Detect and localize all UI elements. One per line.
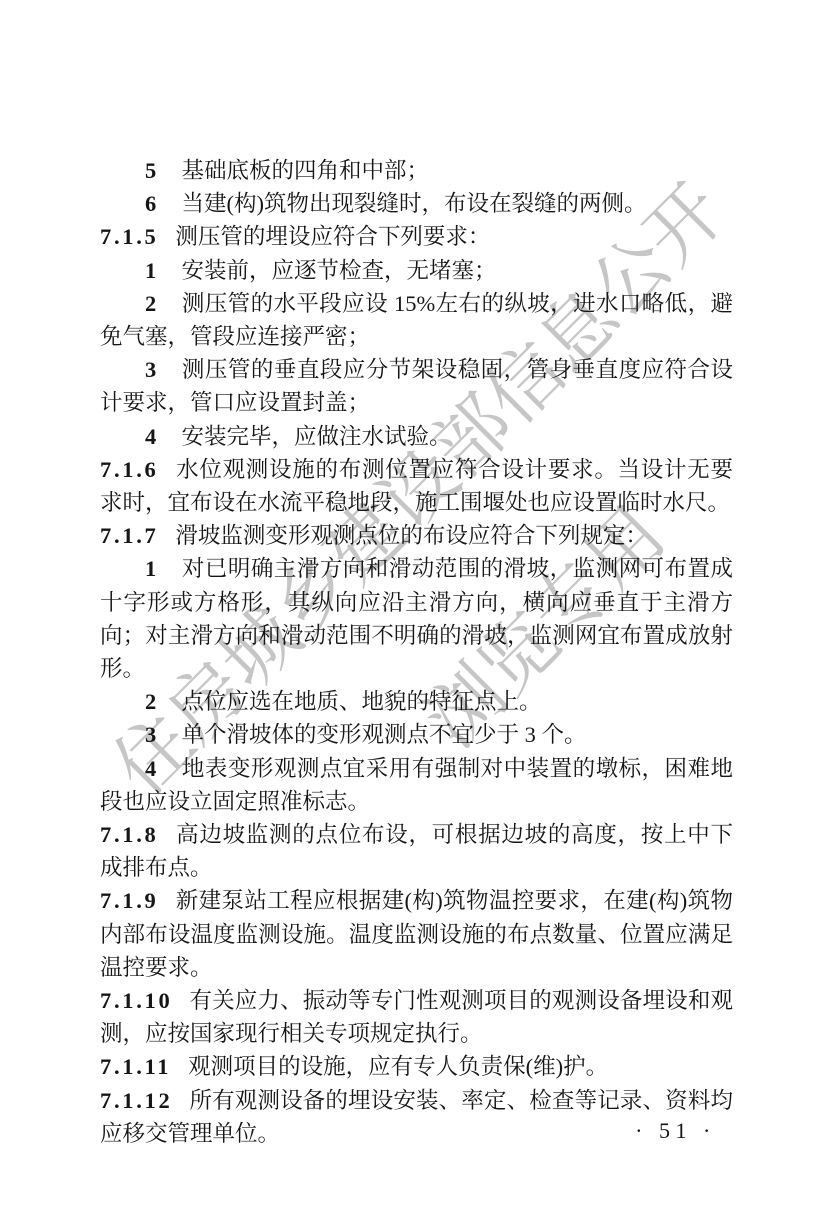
item-text: 单个滑坡体的变形观测点不宜少于 3 个。 [181, 722, 586, 747]
clause-text: 高边坡监测的点位布设，可根据边坡的高度，按上中下成排布点。 [100, 822, 733, 880]
clause-number: 7.1.12 [100, 1088, 172, 1113]
list-item-paragraph: 4地表变形观测点宜采用有强制对中装置的墩标，困难地段也应设立固定照准标志。 [100, 752, 733, 818]
item-text: 测压管的水平段应设 15%左右的纵坡，进水口略低，避免气塞，管段应连接严密； [100, 291, 733, 349]
item-number: 2 [145, 689, 159, 714]
document-body: 5基础底板的四角和中部；6当建(构)筑物出现裂缝时，布设在裂缝的两侧。7.1.5… [100, 154, 733, 1150]
clause-number: 7.1.9 [100, 888, 159, 913]
clause-text: 有关应力、振动等专门性观测项目的观测设备埋设和观测，应按国家现行相关专项规定执行… [100, 988, 733, 1046]
clause-paragraph: 7.1.10有关应力、振动等专门性观测项目的观测设备埋设和观测，应按国家现行相关… [100, 984, 733, 1050]
item-number: 1 [145, 258, 159, 283]
list-item-paragraph: 1安装前，应逐节检查，无堵塞； [100, 254, 733, 287]
item-text: 对已明确主滑方向和滑动范围的滑坡，监测网可布置成十字形或方格形，其纵向应沿主滑方… [100, 556, 733, 681]
clause-paragraph: 7.1.8高边坡监测的点位布设，可根据边坡的高度，按上中下成排布点。 [100, 818, 733, 884]
clause-paragraph: 7.1.7滑坡监测变形观测点位的布设应符合下列规定： [100, 519, 733, 552]
item-text: 测压管的垂直段应分节架设稳固，管身垂直度应符合设计要求，管口应设置封盖； [100, 357, 733, 415]
item-text: 点位应选在地质、地貌的特征点上。 [181, 689, 541, 714]
list-item-paragraph: 3测压管的垂直段应分节架设稳固，管身垂直度应符合设计要求，管口应设置封盖； [100, 353, 733, 419]
list-item-paragraph: 2测压管的水平段应设 15%左右的纵坡，进水口略低，避免气塞，管段应连接严密； [100, 287, 733, 353]
item-number: 6 [145, 191, 159, 216]
item-number: 1 [145, 556, 159, 581]
item-text: 地表变形观测点宜采用有强制对中装置的墩标，困难地段也应设立固定照准标志。 [100, 756, 733, 814]
clause-number: 7.1.5 [100, 224, 159, 249]
list-item-paragraph: 4安装完毕，应做注水试验。 [100, 420, 733, 453]
clause-paragraph: 7.1.11观测项目的设施，应有专人负责保(维)护。 [100, 1050, 733, 1083]
item-number: 5 [145, 158, 159, 183]
clause-number: 7.1.11 [100, 1054, 171, 1079]
clause-text: 观测项目的设施，应有专人负责保(维)护。 [188, 1054, 608, 1079]
item-text: 安装完毕，应做注水试验。 [181, 424, 451, 449]
item-text: 安装前，应逐节检查，无堵塞； [181, 258, 496, 283]
clause-number: 7.1.6 [100, 457, 159, 482]
item-number: 2 [145, 291, 159, 316]
list-item-paragraph: 2点位应选在地质、地貌的特征点上。 [100, 685, 733, 718]
list-item-paragraph: 3单个滑坡体的变形观测点不宜少于 3 个。 [100, 718, 733, 751]
item-number: 4 [145, 756, 159, 781]
page-number: · 51 · [618, 1118, 733, 1144]
list-item-paragraph: 6当建(构)筑物出现裂缝时，布设在裂缝的两侧。 [100, 187, 733, 220]
list-item-paragraph: 1对已明确主滑方向和滑动范围的滑坡，监测网可布置成十字形或方格形，其纵向应沿主滑… [100, 552, 733, 685]
clause-paragraph: 7.1.6水位观测设施的布测位置应符合设计要求。当设计无要求时，宜布设在水流平稳… [100, 453, 733, 519]
standard-document-page: 住房城乡建设部信息公开 浏览专用 5基础底板的四角和中部；6当建(构)筑物出现裂… [0, 0, 824, 1216]
clause-number: 7.1.7 [100, 523, 159, 548]
item-text: 基础底板的四角和中部； [181, 158, 429, 183]
clause-paragraph: 7.1.9新建泵站工程应根据建(构)筑物温控要求，在建(构)筑物内部布设温度监测… [100, 884, 733, 984]
clause-text: 新建泵站工程应根据建(构)筑物温控要求，在建(构)筑物内部布设温度监测设施。温度… [100, 888, 733, 979]
item-number: 3 [145, 357, 159, 382]
clause-text: 水位观测设施的布测位置应符合设计要求。当设计无要求时，宜布设在水流平稳地段，施工… [100, 457, 733, 515]
clause-text: 测压管的埋设应符合下列要求： [175, 224, 490, 249]
list-item-paragraph: 5基础底板的四角和中部； [100, 154, 733, 187]
clause-text: 滑坡监测变形观测点位的布设应符合下列规定： [175, 523, 648, 548]
item-text: 当建(构)筑物出现裂缝时，布设在裂缝的两侧。 [181, 191, 646, 216]
clause-paragraph: 7.1.5测压管的埋设应符合下列要求： [100, 220, 733, 253]
clause-number: 7.1.8 [100, 822, 159, 847]
clause-number: 7.1.10 [100, 988, 172, 1013]
item-number: 4 [145, 424, 159, 449]
item-number: 3 [145, 722, 159, 747]
